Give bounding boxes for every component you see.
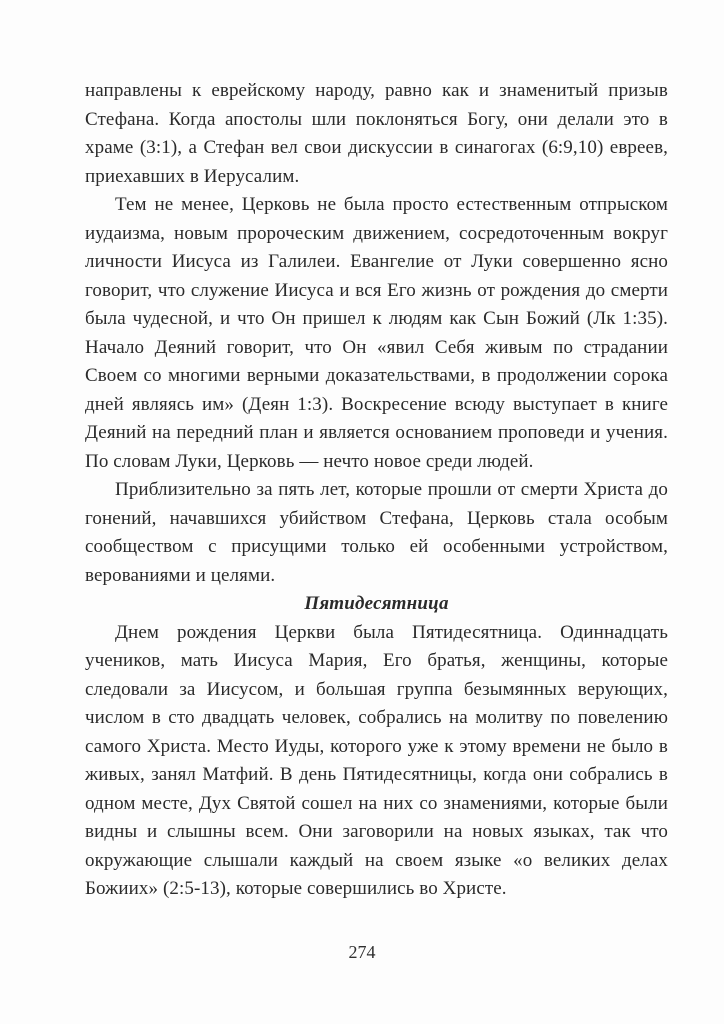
body-paragraph: Приблизительно за пять лет, которые прош… (85, 476, 668, 590)
text-block: направлены к еврейскому народу, равно ка… (85, 77, 668, 904)
section-heading: Пятидесятница (85, 590, 668, 619)
page-number: 274 (0, 938, 724, 966)
body-paragraph: Днем рождения Церкви была Пятидесятница.… (85, 619, 668, 904)
body-paragraph: направлены к еврейскому народу, равно ка… (85, 77, 668, 191)
document-page: направлены к еврейскому народу, равно ка… (0, 0, 724, 1024)
body-paragraph: Тем не менее, Церковь не была просто ест… (85, 191, 668, 476)
